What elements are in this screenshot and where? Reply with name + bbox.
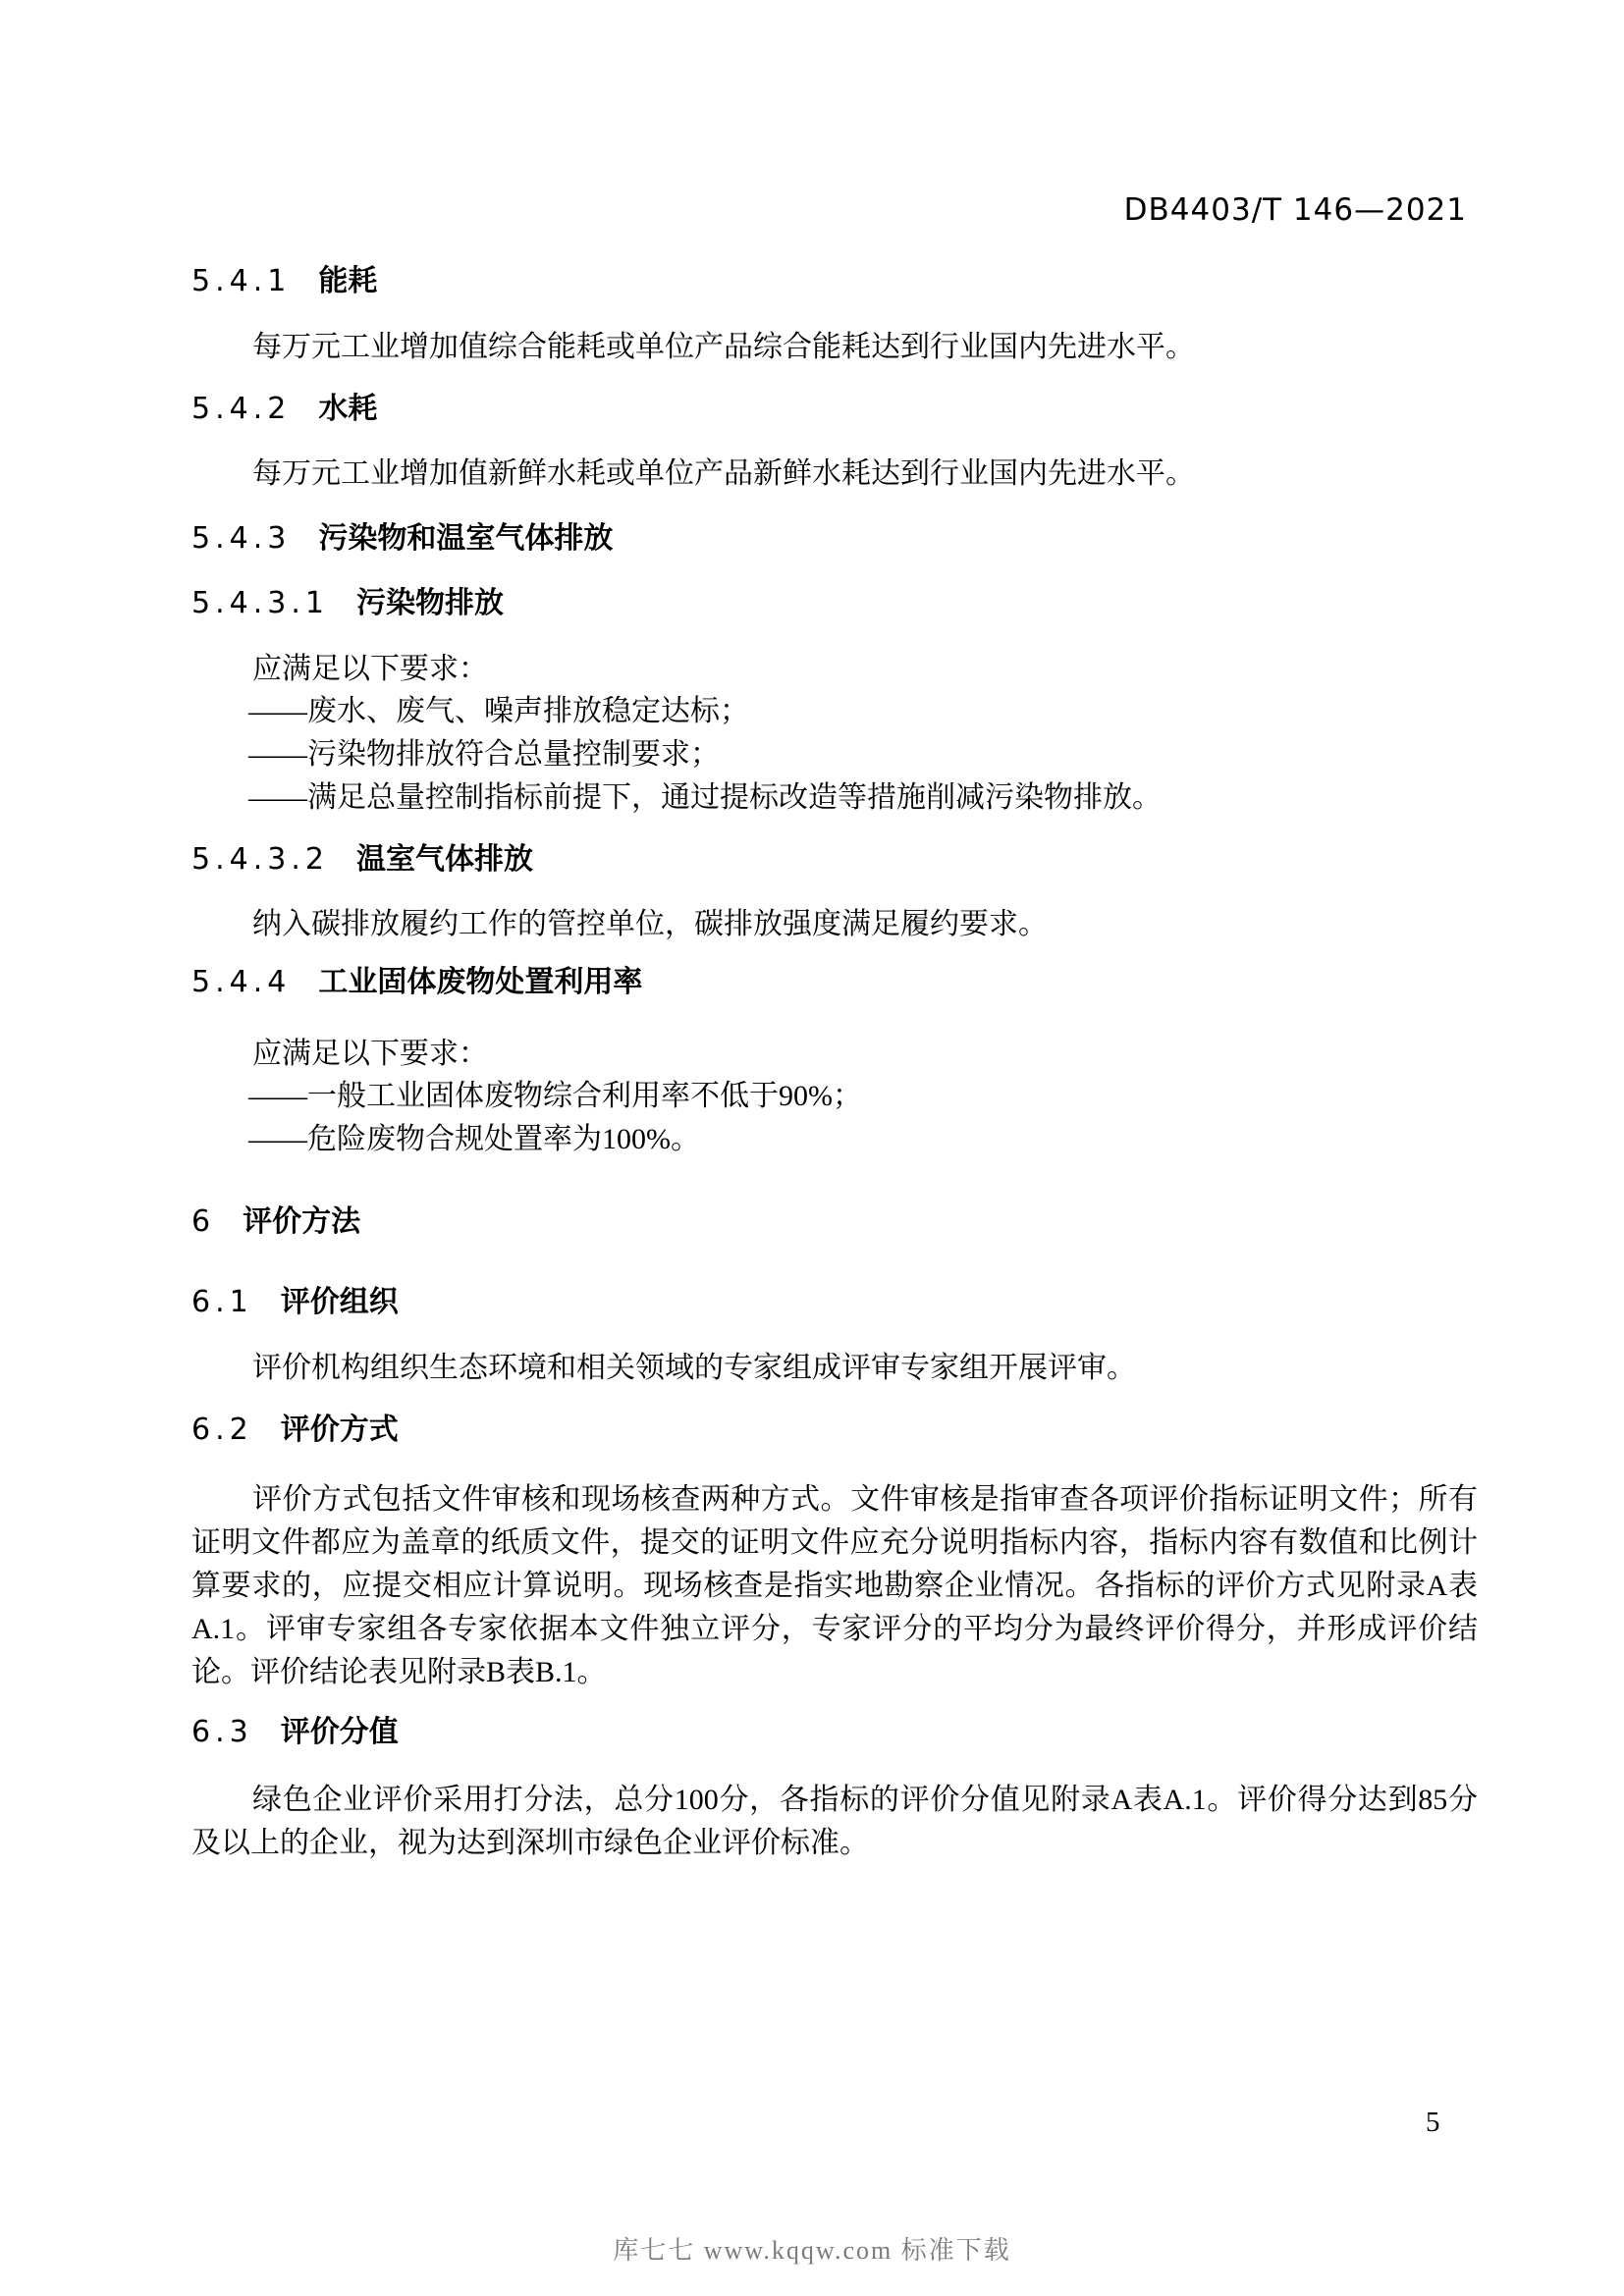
paragraph-carbon: 纳入碳排放履约工作的管控单位，碳排放强度满足履约要求。: [191, 903, 1478, 946]
document-page: DB4403/T 146—2021 5.4.1能耗 每万元工业增加值综合能耗或单…: [0, 0, 1624, 2296]
heading-title: 水耗: [318, 393, 377, 425]
footer-watermark: 库七七 www.kqqw.com 标准下载: [0, 2230, 1624, 2267]
heading-6: 6评价方法: [191, 1205, 1478, 1239]
heading-6-2: 6.2评价方式: [191, 1414, 1478, 1447]
list-item: ——满足总量控制指标前提下，通过提标改造等措施削减污染物排放。: [191, 776, 1535, 820]
heading-number: 5.4.3.1: [191, 586, 329, 620]
paragraph-eval-org: 评价机构组织生态环境和相关领域的专家组成评审专家组开展评审。: [191, 1347, 1478, 1390]
heading-5-4-3-1: 5.4.3.1污染物排放: [191, 587, 1478, 620]
heading-5-4-3-2: 5.4.3.2温室气体排放: [191, 843, 1478, 877]
heading-title: 评价方法: [243, 1205, 360, 1238]
heading-number: 5.4.3.2: [191, 842, 329, 877]
list-item: ——危险废物合规处置率为100%。: [191, 1118, 1535, 1161]
list-item: ——一般工业固体废物综合利用率不低于90%；: [191, 1075, 1535, 1118]
page-number: 5: [1426, 2107, 1440, 2139]
heading-number: 6: [191, 1204, 215, 1239]
heading-title: 评价分值: [281, 1716, 399, 1748]
heading-5-4-4: 5.4.4工业固体废物处置利用率: [191, 966, 1478, 999]
heading-5-4-2: 5.4.2水耗: [191, 393, 1478, 426]
paragraph-water: 每万元工业增加值新鲜水耗或单位产品新鲜水耗达到行业国内先进水平。: [191, 453, 1478, 496]
heading-title: 污染物排放: [356, 587, 504, 619]
doc-code: DB4403/T 146—2021: [1124, 192, 1467, 228]
heading-number: 5.4.4: [191, 965, 291, 999]
heading-number: 6.1: [191, 1285, 253, 1319]
list-item: ——污染物排放符合总量控制要求；: [191, 733, 1535, 776]
heading-6-3: 6.3评价分值: [191, 1716, 1478, 1749]
paragraph-eval-score: 绿色企业评价采用打分法，总分100分，各指标的评价分值见附录A表A.1。评价得分…: [191, 1779, 1478, 1865]
paragraph-requirements-intro: 应满足以下要求：: [191, 1033, 1478, 1076]
heading-number: 6.2: [191, 1413, 253, 1447]
heading-6-1: 6.1评价组织: [191, 1286, 1478, 1319]
paragraph-energy: 每万元工业增加值综合能耗或单位产品综合能耗达到行业国内先进水平。: [191, 326, 1478, 369]
heading-number: 5.4.3: [191, 521, 291, 556]
heading-title: 污染物和温室气体排放: [318, 522, 613, 555]
heading-number: 5.4.1: [191, 264, 291, 298]
heading-title: 温室气体排放: [356, 843, 533, 876]
heading-title: 评价方式: [281, 1414, 399, 1446]
paragraph-requirements-intro: 应满足以下要求：: [191, 648, 1478, 691]
heading-5-4-3: 5.4.3污染物和温室气体排放: [191, 522, 1478, 556]
heading-5-4-1: 5.4.1能耗: [191, 265, 1478, 298]
heading-title: 工业固体废物处置利用率: [318, 966, 642, 998]
heading-number: 6.3: [191, 1715, 253, 1749]
paragraph-eval-method: 评价方式包括文件审核和现场核查两种方式。文件审核是指审查各项评价指标证明文件；所…: [191, 1478, 1478, 1694]
heading-title: 能耗: [318, 265, 377, 297]
heading-title: 评价组织: [281, 1286, 399, 1318]
heading-number: 5.4.2: [191, 392, 291, 426]
list-item: ——废水、废气、噪声排放稳定达标；: [191, 690, 1535, 733]
